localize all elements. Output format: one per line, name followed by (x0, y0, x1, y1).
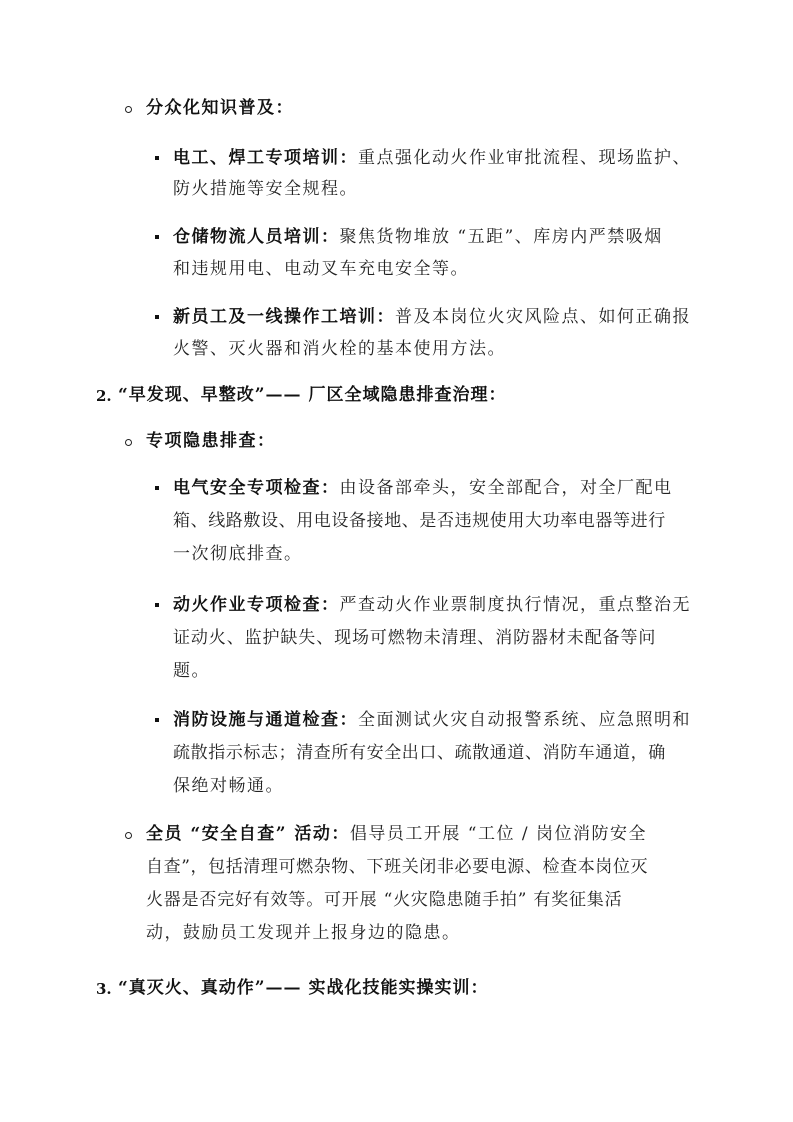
list-item-line: 动火作业专项检查：严查动火作业票制度执行情况，重点整治无 (173, 593, 691, 617)
subsection-heading: 分众化知识普及： (146, 96, 294, 120)
item-label: 电工、焊工专项培训： (173, 148, 358, 168)
circle-bullet-icon (125, 832, 132, 839)
list-item-line: 仓储物流人员培训：聚焦货物堆放 “五距”、库房内严禁吸烟 (173, 225, 663, 249)
item-text: 重点强化动火作业审批流程、现场监护、 (358, 148, 691, 168)
section-title: “真灭火、真动作”—— 实战化技能实操实训： (118, 976, 488, 1000)
item-text: 全面测试火灾自动报警系统、应急照明和 (358, 710, 691, 730)
square-bullet-icon (155, 156, 159, 160)
list-item-line: 防火措施等安全规程。 (173, 177, 358, 201)
list-item-line: 一次彻底排查。 (173, 542, 303, 566)
square-bullet-icon (155, 235, 159, 239)
square-bullet-icon (155, 718, 159, 722)
list-item-line: 题。 (173, 659, 210, 683)
list-number: 2. (96, 384, 112, 408)
list-item-line: 保绝对畅通。 (173, 774, 284, 798)
item-text: 倡导员工开展 “工位 / 岗位消防安全 (350, 824, 647, 844)
list-item-line: 动，鼓励员工发现并上报身边的隐患。 (146, 921, 461, 945)
list-item-line: 证动火、监护缺失、现场可燃物未清理、消防器材未配备等问 (173, 626, 656, 650)
item-label: 仓储物流人员培训： (173, 227, 340, 247)
list-item-line: 消防设施与通道检查：全面测试火灾自动报警系统、应急照明和 (173, 708, 691, 732)
square-bullet-icon (155, 486, 159, 490)
circle-bullet-icon (125, 106, 132, 113)
list-item-line: 和违规用电、电动叉车充电安全等。 (173, 257, 469, 281)
list-item-line: 火警、灭火器和消火栓的基本使用方法。 (173, 337, 506, 361)
item-label: 新员工及一线操作工培训： (173, 307, 395, 327)
list-item-line: 电工、焊工专项培训：重点强化动火作业审批流程、现场监护、 (173, 146, 691, 170)
item-label: 动火作业专项检查： (173, 595, 340, 615)
list-item-line: 新员工及一线操作工培训：普及本岗位火灾风险点、如何正确报 (173, 305, 691, 329)
list-item-line: 箱、线路敷设、用电设备接地、是否违规使用大功率电器等进行 (173, 509, 666, 533)
document-page: 分众化知识普及： 电工、焊工专项培训：重点强化动火作业审批流程、现场监护、 防火… (0, 0, 793, 1122)
subsection-heading: 全员 “安全自查” 活动： (146, 824, 350, 844)
list-number: 3. (96, 977, 112, 1001)
list-item-line: 疏散指示标志；清查所有安全出口、疏散通道、消防车通道，确 (173, 741, 666, 765)
item-label: 消防设施与通道检查： (173, 710, 358, 730)
list-item-line: 电气安全专项检查：由设备部牵头，安全部配合，对全厂配电 (173, 476, 673, 500)
square-bullet-icon (155, 603, 159, 607)
circle-bullet-icon (125, 439, 132, 446)
item-text: 普及本岗位火灾风险点、如何正确报 (395, 307, 691, 327)
section-title: “早发现、早整改”—— 厂区全域隐患排查治理： (118, 383, 506, 407)
list-item-line: 火器是否完好有效等。可开展 “火灾隐患随手拍” 有奖征集活 (146, 888, 622, 912)
list-item-line: 全员 “安全自查” 活动：倡导员工开展 “工位 / 岗位消防安全 (146, 822, 647, 846)
item-label: 电气安全专项检查： (173, 478, 340, 498)
item-text: 聚焦货物堆放 “五距”、库房内严禁吸烟 (340, 227, 663, 247)
list-item-line: 自查”，包括清理可燃杂物、下班关闭非必要电源、检查本岗位灭 (146, 855, 648, 879)
square-bullet-icon (155, 315, 159, 319)
item-text: 严查动火作业票制度执行情况，重点整治无 (340, 595, 692, 615)
item-text: 由设备部牵头，安全部配合，对全厂配电 (340, 478, 673, 498)
subsection-heading: 专项隐患排查： (146, 429, 276, 453)
